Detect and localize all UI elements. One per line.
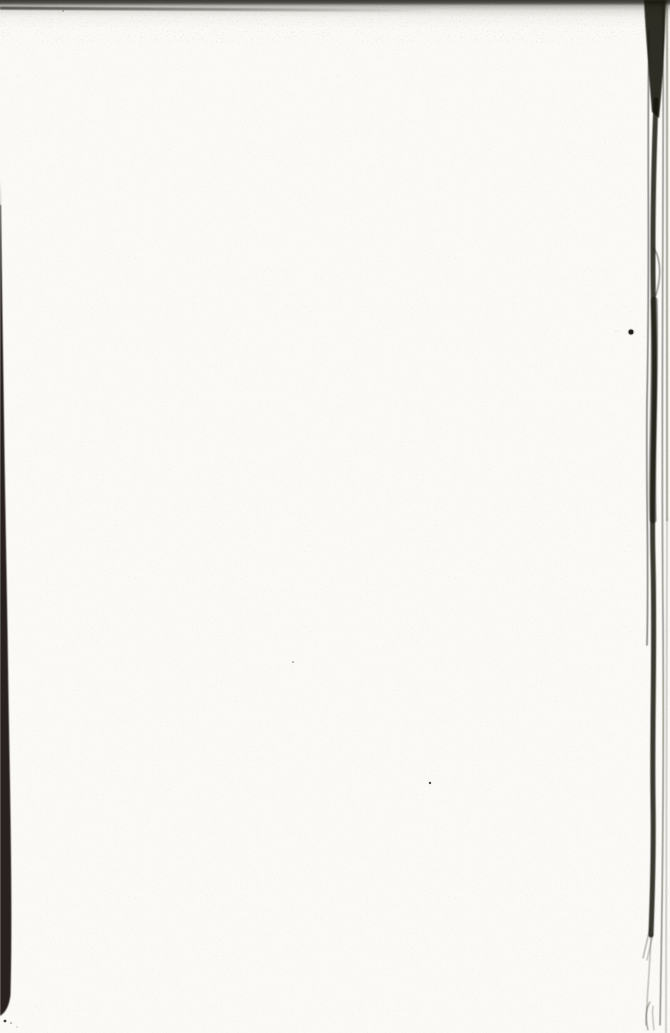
curl-mark-1 xyxy=(646,1002,650,1030)
ink-dot-halo xyxy=(628,329,635,336)
left-edge-strip xyxy=(0,0,20,1033)
slash-mark-2 xyxy=(647,934,653,960)
right-gutter-streaks xyxy=(580,0,670,1033)
gutter-main-streak xyxy=(651,100,656,935)
ink-dot-group xyxy=(628,329,635,336)
gutter-fade-tail xyxy=(646,935,651,1025)
gutter-branch-wave xyxy=(654,248,660,295)
gutter-thin-streak-left xyxy=(647,30,649,645)
top-edge-streak xyxy=(0,7,450,13)
left-strip-wedge xyxy=(0,205,11,1016)
left-strip-group xyxy=(0,178,11,1016)
gutter-streak-group xyxy=(643,0,667,1033)
gutter-thin-streak-right xyxy=(660,0,663,1025)
paper-grain-texture xyxy=(0,0,670,1033)
ink-dot xyxy=(629,330,634,335)
gutter-mid-streak xyxy=(653,300,655,520)
top-edge-shadow xyxy=(0,0,670,28)
page-edge-shade-lower xyxy=(666,520,667,1033)
slash-mark-1 xyxy=(643,928,650,958)
scanned-page xyxy=(0,0,670,1033)
left-strip-fade-top xyxy=(0,178,1,212)
dust-specks xyxy=(0,0,2,2)
ink-dot-layer xyxy=(0,0,670,1033)
gutter-top-blob xyxy=(644,0,666,118)
curl-mark-2 xyxy=(653,1006,654,1030)
